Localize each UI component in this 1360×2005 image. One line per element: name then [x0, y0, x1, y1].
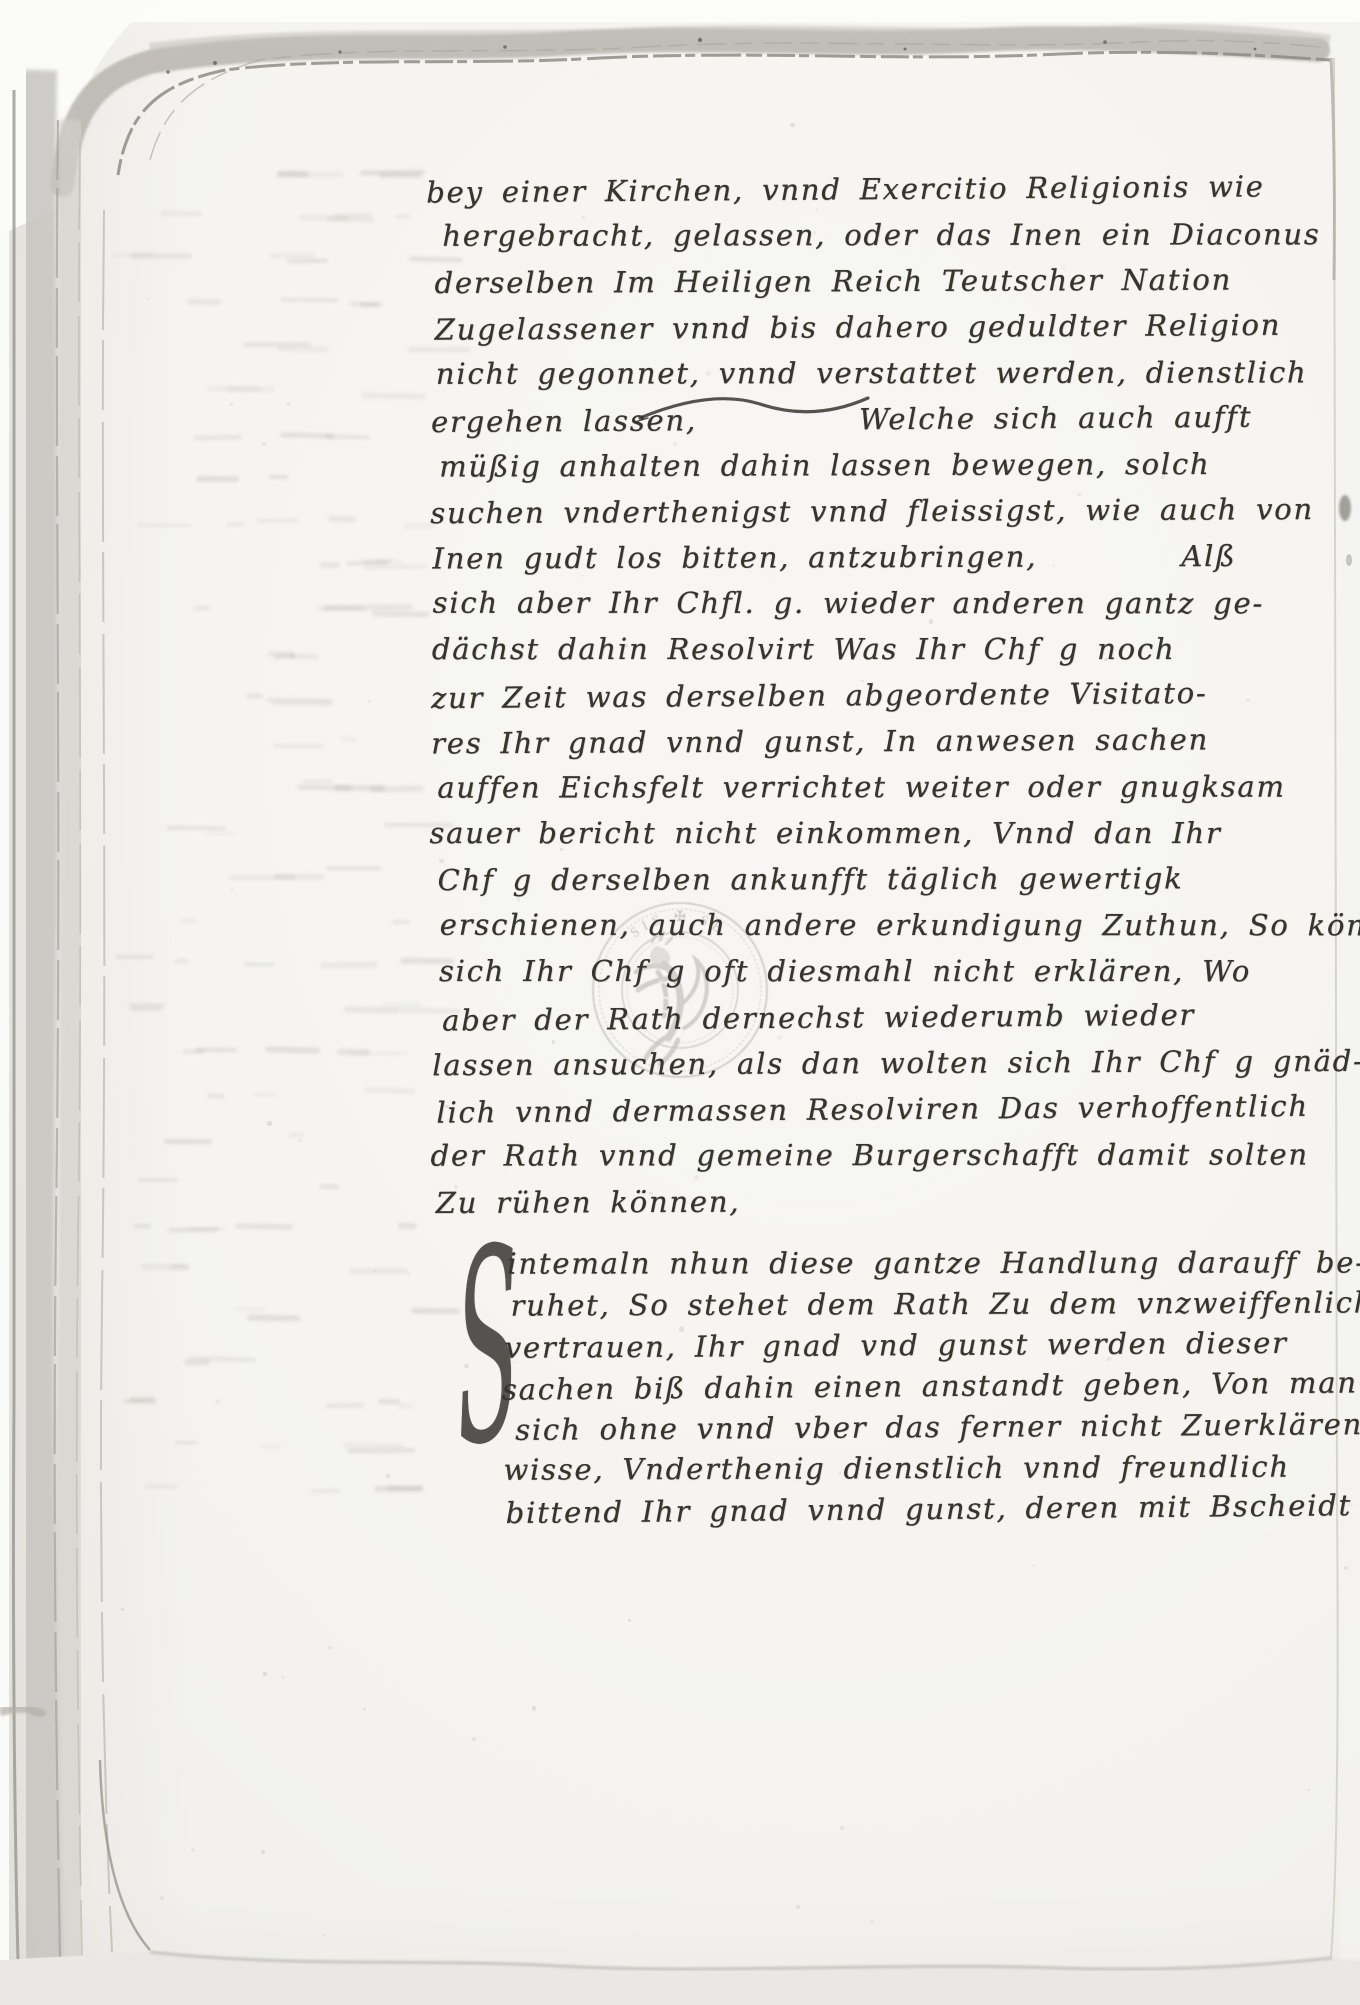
manuscript-line: ruhet, So stehet dem Rath Zu dem vnzweif…	[511, 1282, 1360, 1326]
manuscript-line: sich aber Ihr Chfl. g. wieder anderen ga…	[432, 580, 1360, 627]
manuscript-paragraph-2: intemaln nhun diese gantze Handlung dara…	[507, 1241, 1360, 1532]
manuscript-line: ergehen lassen, Welche sich auch aufft	[431, 393, 1360, 445]
manuscript-line: Zu rühen können,	[436, 1176, 1360, 1226]
manuscript-scan-page: SIS ✠ SE S bey einer Kirchen, vnnd Exerc…	[0, 0, 1360, 2005]
manuscript-line: zur Zeit was derselben abgeordente Visit…	[431, 669, 1360, 721]
manuscript-line: bey einer Kirchen, vnnd Exercitio Religi…	[426, 163, 1360, 216]
manuscript-line: wisse, Vnderthenig dienstlich vnnd freun…	[503, 1446, 1360, 1490]
manuscript-line: suchen vnderthenigst vnnd fleissigst, wi…	[430, 486, 1360, 536]
manuscript-line: vertrauen, Ihr gnad vnd gunst werden die…	[505, 1322, 1360, 1369]
manuscript-paragraph-1: bey einer Kirchen, vnnd Exercitio Religi…	[434, 164, 1360, 1225]
manuscript-line: sachen biß dahin einen anstandt geben, V…	[502, 1362, 1360, 1410]
manuscript-line: res Ihr gnad vnnd gunst, In anwesen sach…	[431, 716, 1360, 767]
manuscript-line: müßig anhalten dahin lassen bewegen, sol…	[439, 440, 1360, 489]
manuscript-line: sich ohne vnnd vber das ferner nicht Zue…	[515, 1404, 1360, 1451]
manuscript-line: Chf g derselben ankunfft täglich gewerti…	[437, 855, 1360, 903]
manuscript-line: lassen ansuchen, als dan wolten sich Ihr…	[432, 1038, 1360, 1088]
manuscript-line: sauer bericht nicht einkommen, Vnnd dan …	[430, 810, 1360, 856]
manuscript-line: nicht gegonnet, vnnd verstattet werden, …	[436, 349, 1360, 396]
manuscript-line: hergebracht, gelassen, oder das Inen ein…	[442, 211, 1360, 259]
manuscript-line: der Rath vnnd gemeine Burgerschafft dami…	[431, 1131, 1360, 1178]
manuscript-line: intemaln nhun diese gantze Handlung dara…	[507, 1242, 1360, 1284]
manuscript-line: bittend Ihr gnad vnnd gunst, deren mit B…	[506, 1485, 1360, 1534]
manuscript-line: aber der Rath dernechst wiederumb wieder	[442, 991, 1360, 1044]
manuscript-line: Zugelassener vnnd bis dahero geduldter R…	[434, 301, 1360, 352]
manuscript-line: lich vnnd dermassen Resolviren Das verho…	[436, 1082, 1360, 1135]
manuscript-line: auffen Eichsfelt verrichtet weiter oder …	[437, 763, 1360, 810]
manuscript-line: Inen gudt los bitten, antzubringen, Alß	[432, 533, 1360, 582]
manuscript-line: sich Ihr Chf g oft diesmahl nicht erklär…	[439, 948, 1360, 994]
manuscript-line: erschienen, auch andere erkundigung Zuth…	[440, 902, 1360, 948]
manuscript-line: derselben Im Heiligen Reich Teutscher Na…	[435, 256, 1360, 306]
manuscript-line: dächst dahin Resolvirt Was Ihr Chf g noc…	[432, 626, 1360, 672]
